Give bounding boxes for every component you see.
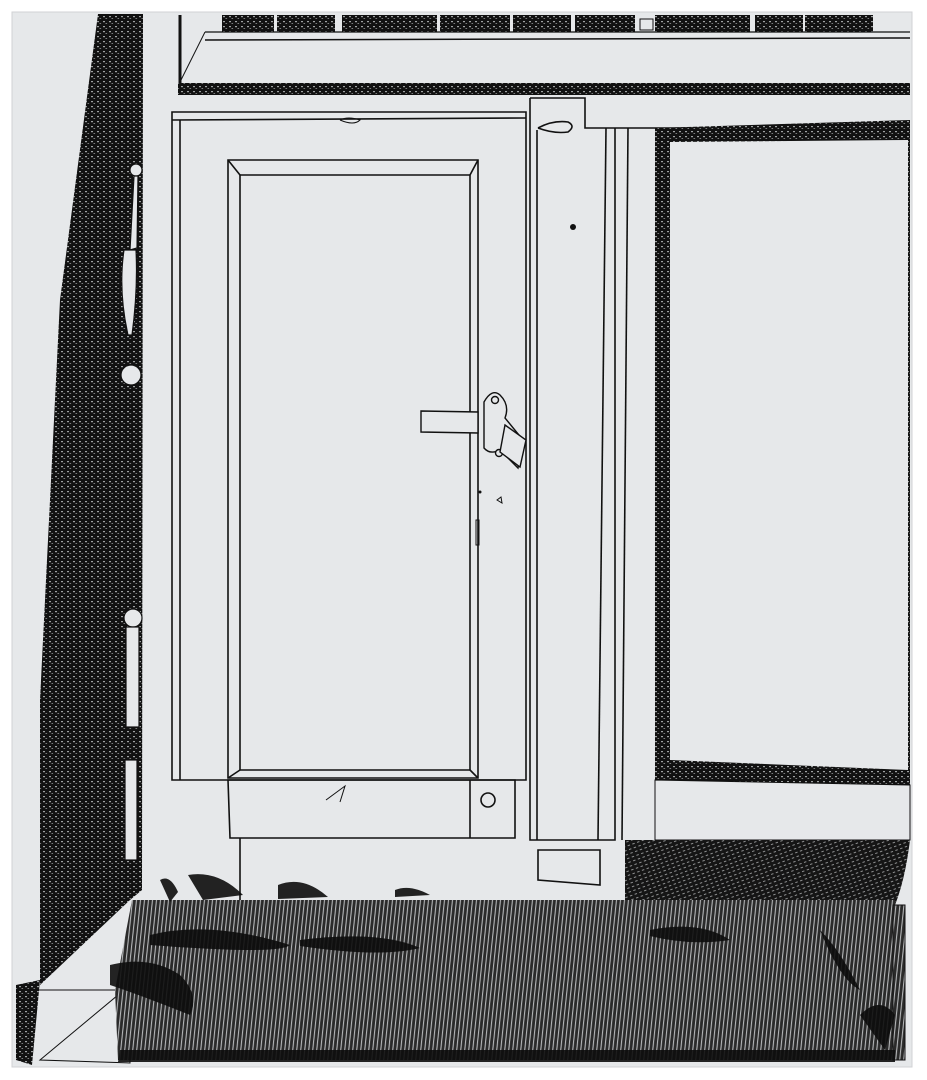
artwork-svg [0, 0, 927, 1080]
right-pane [670, 140, 908, 770]
hatched-floor-band [115, 900, 895, 1060]
hatched-sill-right [625, 840, 910, 905]
